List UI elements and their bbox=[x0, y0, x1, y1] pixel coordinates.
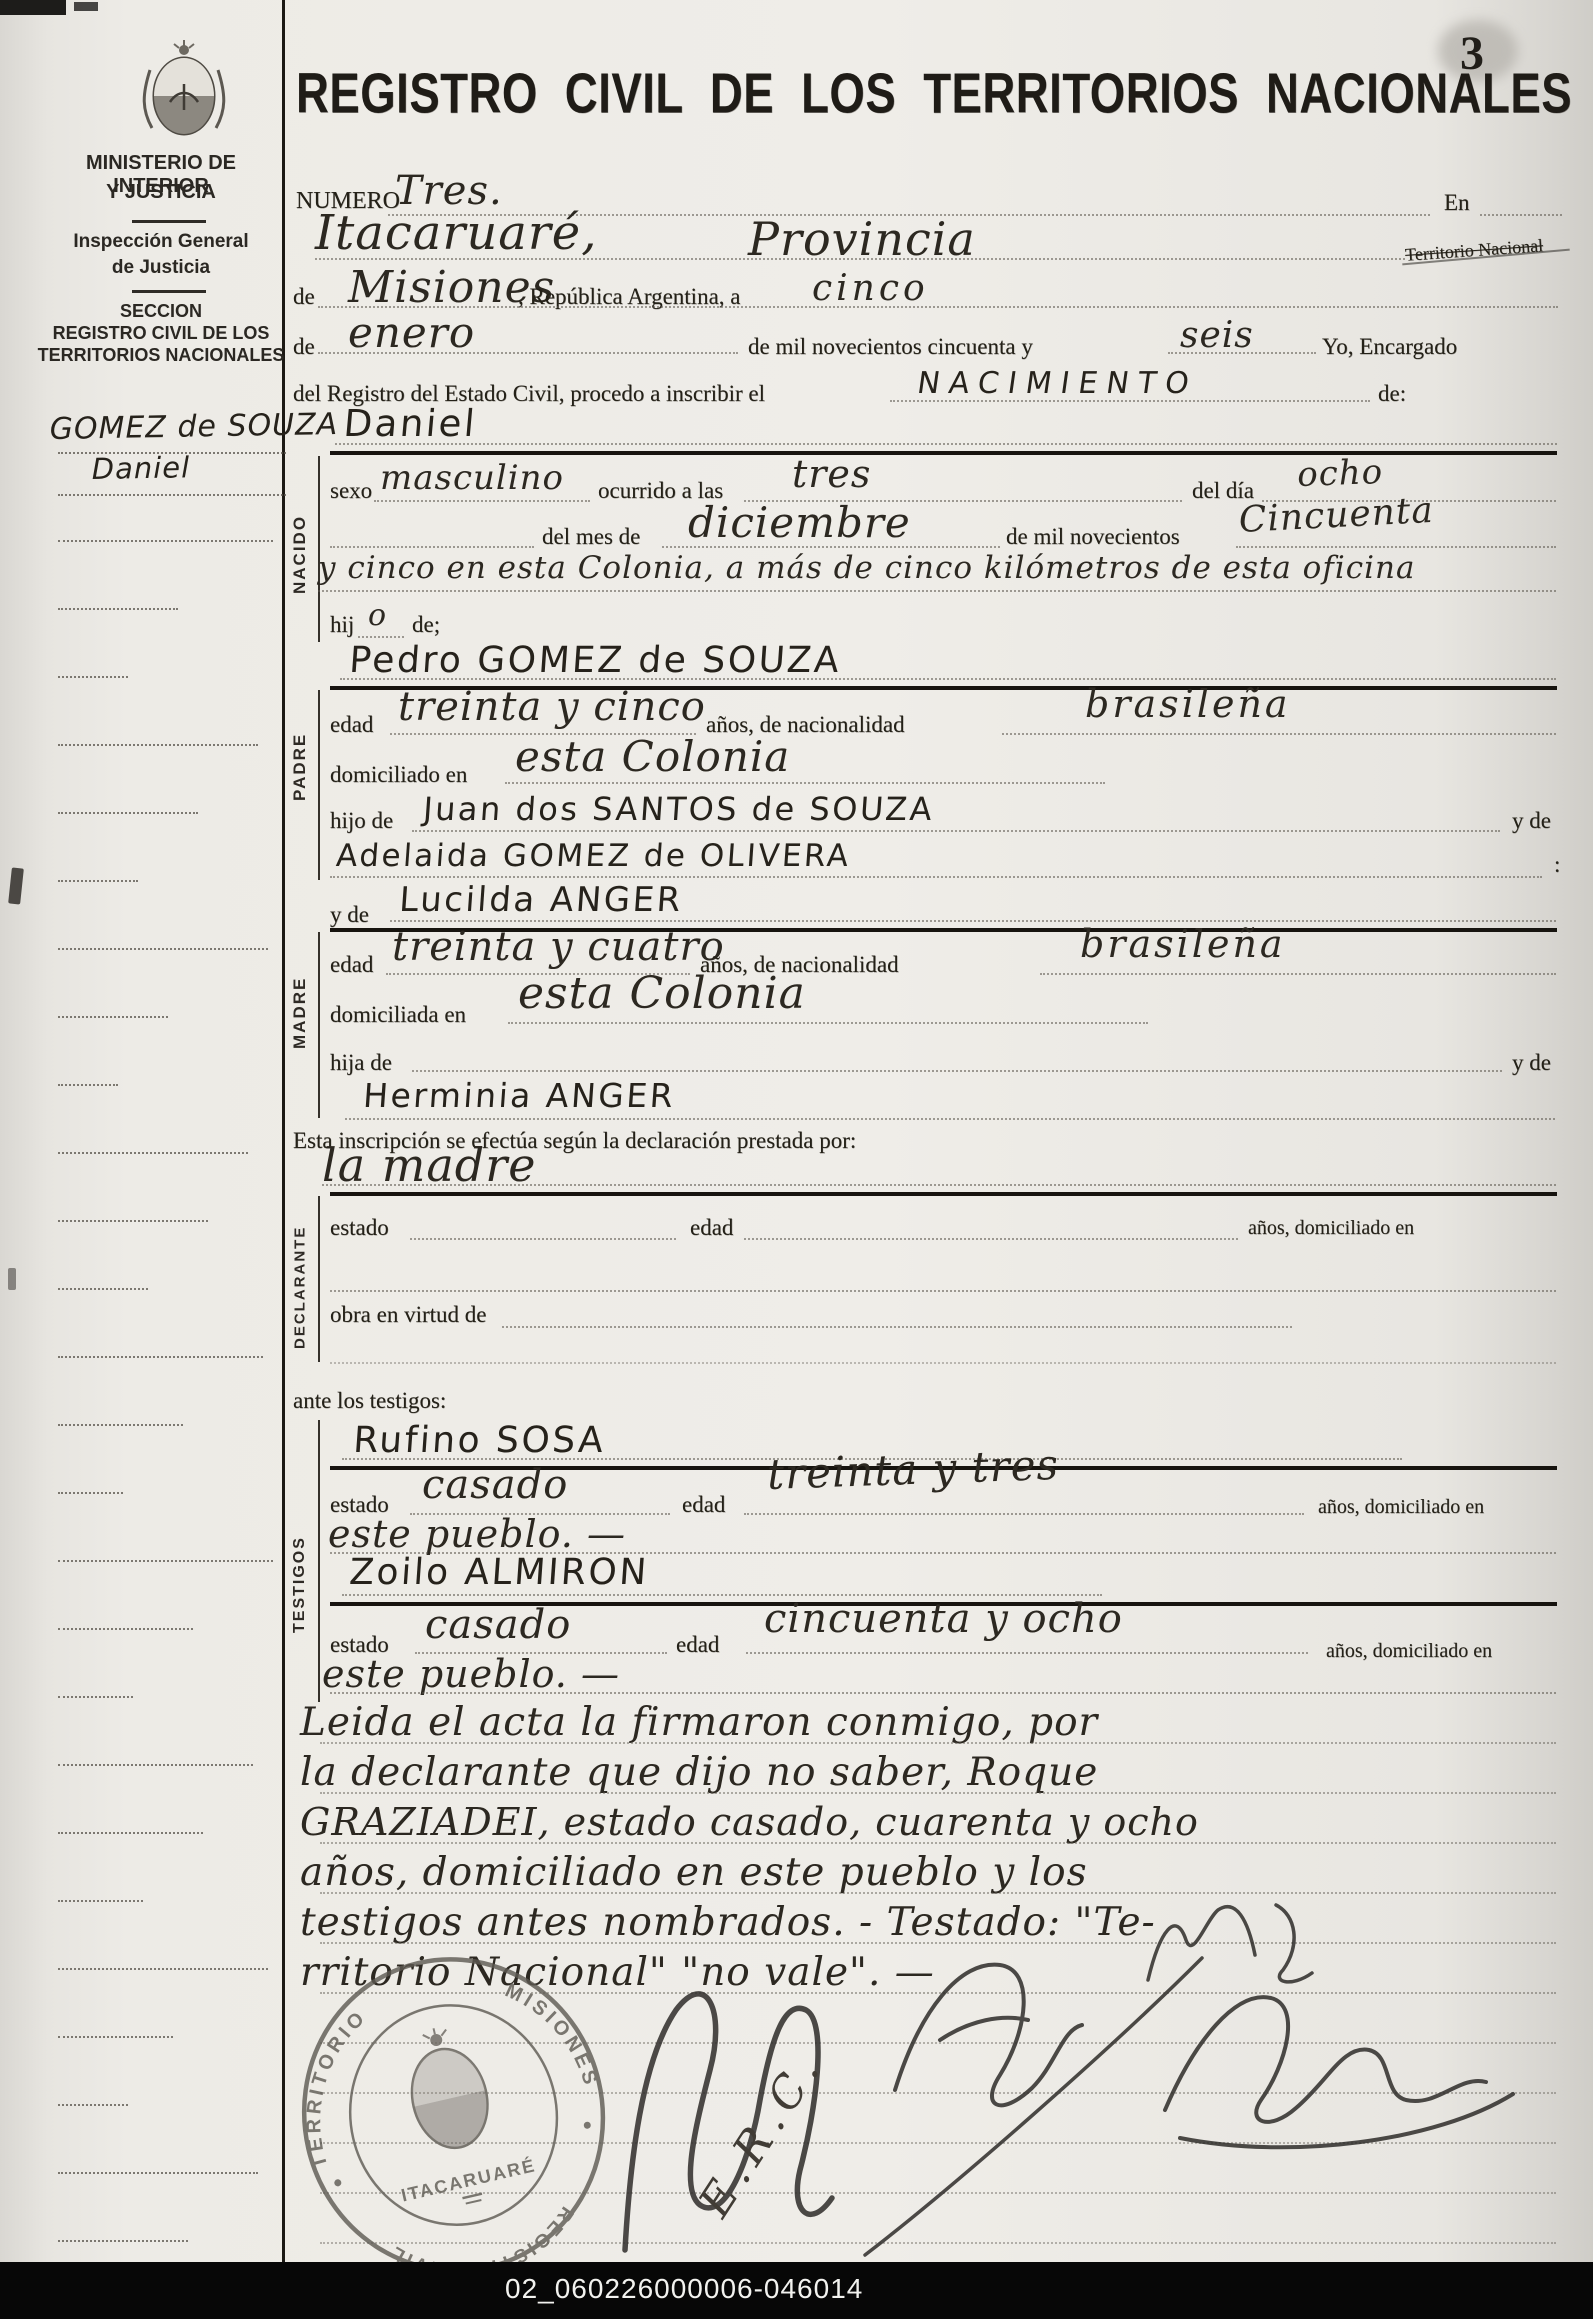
inspeccion-line2: de Justicia bbox=[36, 257, 286, 279]
dotted-line bbox=[320, 1842, 1556, 1844]
hij-de-label: de; bbox=[412, 612, 440, 638]
dotted-line bbox=[374, 500, 590, 502]
margin-note-surname: GOMEZ de SOUZA bbox=[49, 407, 338, 447]
dotted-line bbox=[315, 258, 1405, 260]
demil-label: de mil novecientos bbox=[1006, 524, 1180, 550]
birth-day-value: ocho bbox=[1297, 452, 1384, 495]
father-domicilio-label: domiciliado en bbox=[330, 762, 467, 788]
margin-dotted-line bbox=[58, 2036, 173, 2038]
mother-edad-value: treinta y cuatro bbox=[392, 924, 725, 970]
declarant-estado-label: estado bbox=[330, 1215, 389, 1241]
dotted-line bbox=[330, 1362, 1556, 1364]
dotted-line bbox=[322, 1184, 1556, 1186]
section-bracket bbox=[318, 690, 320, 880]
signature-middle bbox=[895, 1965, 1082, 2106]
scan-speck bbox=[8, 867, 24, 904]
hij-o-value: o bbox=[368, 598, 387, 633]
scan-artifact bbox=[74, 2, 98, 11]
dotted-line bbox=[508, 1022, 1148, 1024]
dotted-line bbox=[318, 590, 1556, 592]
mother-domicilio-value: esta Colonia bbox=[518, 968, 806, 1019]
dotted-line bbox=[662, 546, 1000, 548]
birth-place-line: y cinco en esta Colonia, a más de cinco … bbox=[318, 550, 1415, 586]
footer-reference-code: 02_060226000006-046014 bbox=[505, 2273, 863, 2305]
signatures-overlay bbox=[280, 1860, 1575, 2280]
ministry-title-line2: Y JUSTICIA bbox=[36, 181, 286, 204]
dotted-line bbox=[744, 1513, 1304, 1515]
father-yde-label: y de bbox=[1512, 808, 1551, 834]
testigos-intro: ante los testigos: bbox=[293, 1388, 446, 1414]
margin-dotted-line bbox=[58, 1628, 193, 1630]
margin-dotted-line bbox=[58, 880, 138, 882]
section-bracket bbox=[318, 1196, 320, 1362]
section-bracket bbox=[318, 932, 320, 1118]
child-name: Daniel bbox=[342, 402, 479, 445]
colon-mark: : bbox=[1554, 852, 1560, 878]
margin-dotted-line bbox=[58, 608, 178, 610]
mother-nacionalidad-value: brasileña bbox=[1080, 922, 1286, 966]
en-label: En bbox=[1444, 190, 1470, 216]
margin-dotted-line bbox=[58, 1900, 143, 1902]
dotted-line bbox=[890, 400, 1370, 402]
mother-name: Lucilda ANGER bbox=[398, 880, 684, 920]
margin-dotted-line bbox=[58, 2240, 188, 2242]
witness2-anos-label: años, domiciliado en bbox=[1326, 1640, 1492, 1663]
witness1-edad-label: edad bbox=[682, 1492, 725, 1518]
dotted-line bbox=[502, 1326, 1292, 1328]
year-value: seis bbox=[1180, 315, 1254, 356]
sexo-label: sexo bbox=[330, 478, 372, 504]
scanned-document-page: 3 MINISTERIO DE INTERIOR Y JUSTICIA Insp… bbox=[0, 0, 1593, 2319]
section-label-madre: MADRE bbox=[289, 958, 311, 1068]
sidebar-divider bbox=[132, 290, 206, 293]
margin-dotted-line bbox=[58, 1016, 168, 1018]
day-value: cinco bbox=[812, 268, 929, 309]
margin-dotted-line bbox=[58, 540, 273, 542]
margin-dotted-line bbox=[58, 1560, 273, 1562]
declarant-anos-label: años, domiciliado en bbox=[1248, 1217, 1414, 1240]
margin-dotted-line bbox=[58, 744, 258, 746]
dotted-line bbox=[412, 1070, 1502, 1072]
closing-line: Leida el acta la firmaron conmigo, por bbox=[300, 1700, 1098, 1745]
witness1-name: Rufino SOSA bbox=[352, 1420, 607, 1461]
margin-dotted-line bbox=[58, 1152, 248, 1154]
obra-label: obra en virtud de bbox=[330, 1302, 486, 1328]
dotted-line bbox=[1480, 214, 1562, 216]
signature-diagonal-stroke bbox=[865, 1958, 1202, 2255]
mother-hijade-label: hija de bbox=[330, 1050, 392, 1076]
de-label: de bbox=[293, 334, 315, 360]
dotted-line bbox=[358, 636, 404, 638]
margin-dotted-line bbox=[58, 948, 268, 950]
margin-dotted-line bbox=[58, 1696, 133, 1698]
witness2-estado-value: casado bbox=[425, 1602, 571, 1648]
document-title: REGISTRO CIVIL DE LOS TERRITORIOS NACION… bbox=[296, 60, 1553, 126]
sidebar-divider bbox=[132, 220, 206, 223]
dotted-line bbox=[410, 1238, 676, 1240]
father-edad-label: edad bbox=[330, 712, 373, 738]
delmes-label: del mes de bbox=[542, 524, 640, 550]
margin-dotted-line bbox=[58, 1492, 123, 1494]
father-domicilio-value: esta Colonia bbox=[515, 732, 790, 781]
witness2-name: Zoilo ALMIRON bbox=[348, 1552, 650, 1593]
mother-domicilio-label: domiciliada en bbox=[330, 1002, 466, 1028]
margin-dotted-line bbox=[58, 1356, 263, 1358]
margin-dotted-line bbox=[58, 1968, 268, 1970]
dotted-line bbox=[1168, 352, 1316, 354]
section-label-nacido: NACIDO bbox=[289, 495, 311, 613]
closing-line: GRAZIADEI, estado casado, cuarenta y och… bbox=[300, 1800, 1199, 1844]
margin-note-given: Daniel bbox=[91, 450, 190, 486]
paternal-grandmother-name: Adelaida GOMEZ de OLIVERA bbox=[335, 838, 852, 874]
witness2-edad-value: cincuenta y ocho bbox=[764, 1596, 1123, 1642]
margin-dotted-line bbox=[58, 1764, 253, 1766]
dotted-line bbox=[746, 1652, 1308, 1654]
seccion-line1: SECCION bbox=[36, 301, 286, 322]
hour-value: tres bbox=[792, 452, 871, 496]
margin-dotted-line bbox=[58, 1424, 183, 1426]
mother-yde2-label: y de bbox=[1512, 1050, 1551, 1076]
witness1-domicilio-value: este pueblo. — bbox=[328, 1512, 626, 1556]
coat-of-arms bbox=[138, 40, 230, 142]
mil-label: de mil novecientos cincuenta y bbox=[748, 334, 1033, 360]
month-value: enero bbox=[348, 308, 475, 357]
dotted-line bbox=[318, 306, 1558, 308]
margin-dotted-line bbox=[58, 1288, 148, 1290]
sexo-value: masculino bbox=[380, 458, 564, 498]
seccion-line3: TERRITORIOS NACIONALES bbox=[36, 345, 286, 366]
father-hijode-label: hijo de bbox=[330, 808, 393, 834]
hij-label: hij bbox=[330, 612, 354, 638]
yo-encargado-label: Yo, Encargado bbox=[1322, 334, 1457, 360]
dotted-line bbox=[1040, 973, 1556, 975]
dotted-line bbox=[1236, 546, 1556, 548]
section-bracket bbox=[318, 456, 320, 642]
signature-large-right bbox=[1165, 1997, 1513, 2147]
section-label-declarante: DECLARANTE bbox=[289, 1212, 311, 1362]
birth-month-value: diciembre bbox=[688, 498, 911, 547]
witness1-edad-value: treinta y tres bbox=[766, 1440, 1060, 1499]
section-label-testigos: TESTIGOS bbox=[289, 1520, 311, 1650]
witness2-edad-label: edad bbox=[676, 1632, 719, 1658]
father-name: Pedro GOMEZ de SOUZA bbox=[348, 640, 843, 681]
declarant-edad-label: edad bbox=[690, 1215, 733, 1241]
margin-dotted-line bbox=[58, 812, 198, 814]
de2-label: de: bbox=[1378, 381, 1406, 407]
witness1-anos-label: años, domiciliado en bbox=[1318, 1496, 1484, 1519]
dotted-line bbox=[335, 443, 1557, 445]
witness2-domicilio-value: este pueblo. — bbox=[322, 1652, 620, 1696]
dotted-line bbox=[330, 876, 1542, 878]
closing-line: la declarante que dijo no saber, Roque bbox=[300, 1750, 1098, 1795]
dotted-line bbox=[330, 546, 534, 548]
mother-edad-label: edad bbox=[330, 952, 373, 978]
de-label: de bbox=[293, 284, 315, 310]
dotted-line bbox=[1002, 733, 1556, 735]
rule-under-declarant bbox=[330, 1192, 1557, 1196]
event-value: NACIMIENTO bbox=[915, 366, 1200, 401]
margin-dotted-line bbox=[58, 1832, 203, 1834]
seccion-line2: REGISTRO CIVIL DE LOS bbox=[36, 323, 286, 344]
father-edad-value: treinta y cinco bbox=[398, 684, 706, 730]
dotted-line bbox=[330, 1290, 1556, 1292]
mother-yde-label: y de bbox=[330, 902, 369, 928]
dotted-line bbox=[320, 1792, 1556, 1794]
place-value: Itacaruaré, bbox=[315, 205, 597, 261]
section-label-padre: PADRE bbox=[289, 712, 311, 822]
margin-dotted-line bbox=[58, 676, 128, 678]
inspeccion-line1: Inspección General bbox=[36, 231, 286, 253]
margin-dotted-line bbox=[58, 494, 286, 496]
dotted-line bbox=[390, 920, 1556, 922]
dotted-line bbox=[412, 830, 1500, 832]
margin-dotted-line bbox=[58, 1220, 208, 1222]
dotted-line bbox=[318, 352, 738, 354]
father-nacionalidad-value: brasileña bbox=[1085, 682, 1291, 726]
dotted-line bbox=[744, 1238, 1238, 1240]
dotted-line bbox=[340, 678, 1556, 680]
birth-year-value: Cincuenta bbox=[1238, 490, 1435, 541]
margin-dotted-line bbox=[58, 2172, 258, 2174]
margin-dotted-line bbox=[58, 1084, 118, 1086]
dotted-line bbox=[505, 782, 1105, 784]
margin-dotted-line bbox=[58, 2104, 128, 2106]
scan-artifact bbox=[0, 0, 66, 15]
dotted-line bbox=[345, 1118, 1555, 1120]
signature-small-right bbox=[1148, 1905, 1312, 1982]
scan-speck bbox=[8, 1268, 16, 1290]
paternal-grandfather-name: Juan dos SANTOS de SOUZA bbox=[422, 790, 935, 828]
dotted-line bbox=[330, 1692, 1556, 1694]
witness1-estado-value: casado bbox=[422, 1462, 568, 1508]
section-bracket bbox=[318, 1420, 320, 1702]
dotted-line bbox=[320, 1742, 1556, 1744]
maternal-grandmother-name: Herminia ANGER bbox=[362, 1076, 677, 1115]
